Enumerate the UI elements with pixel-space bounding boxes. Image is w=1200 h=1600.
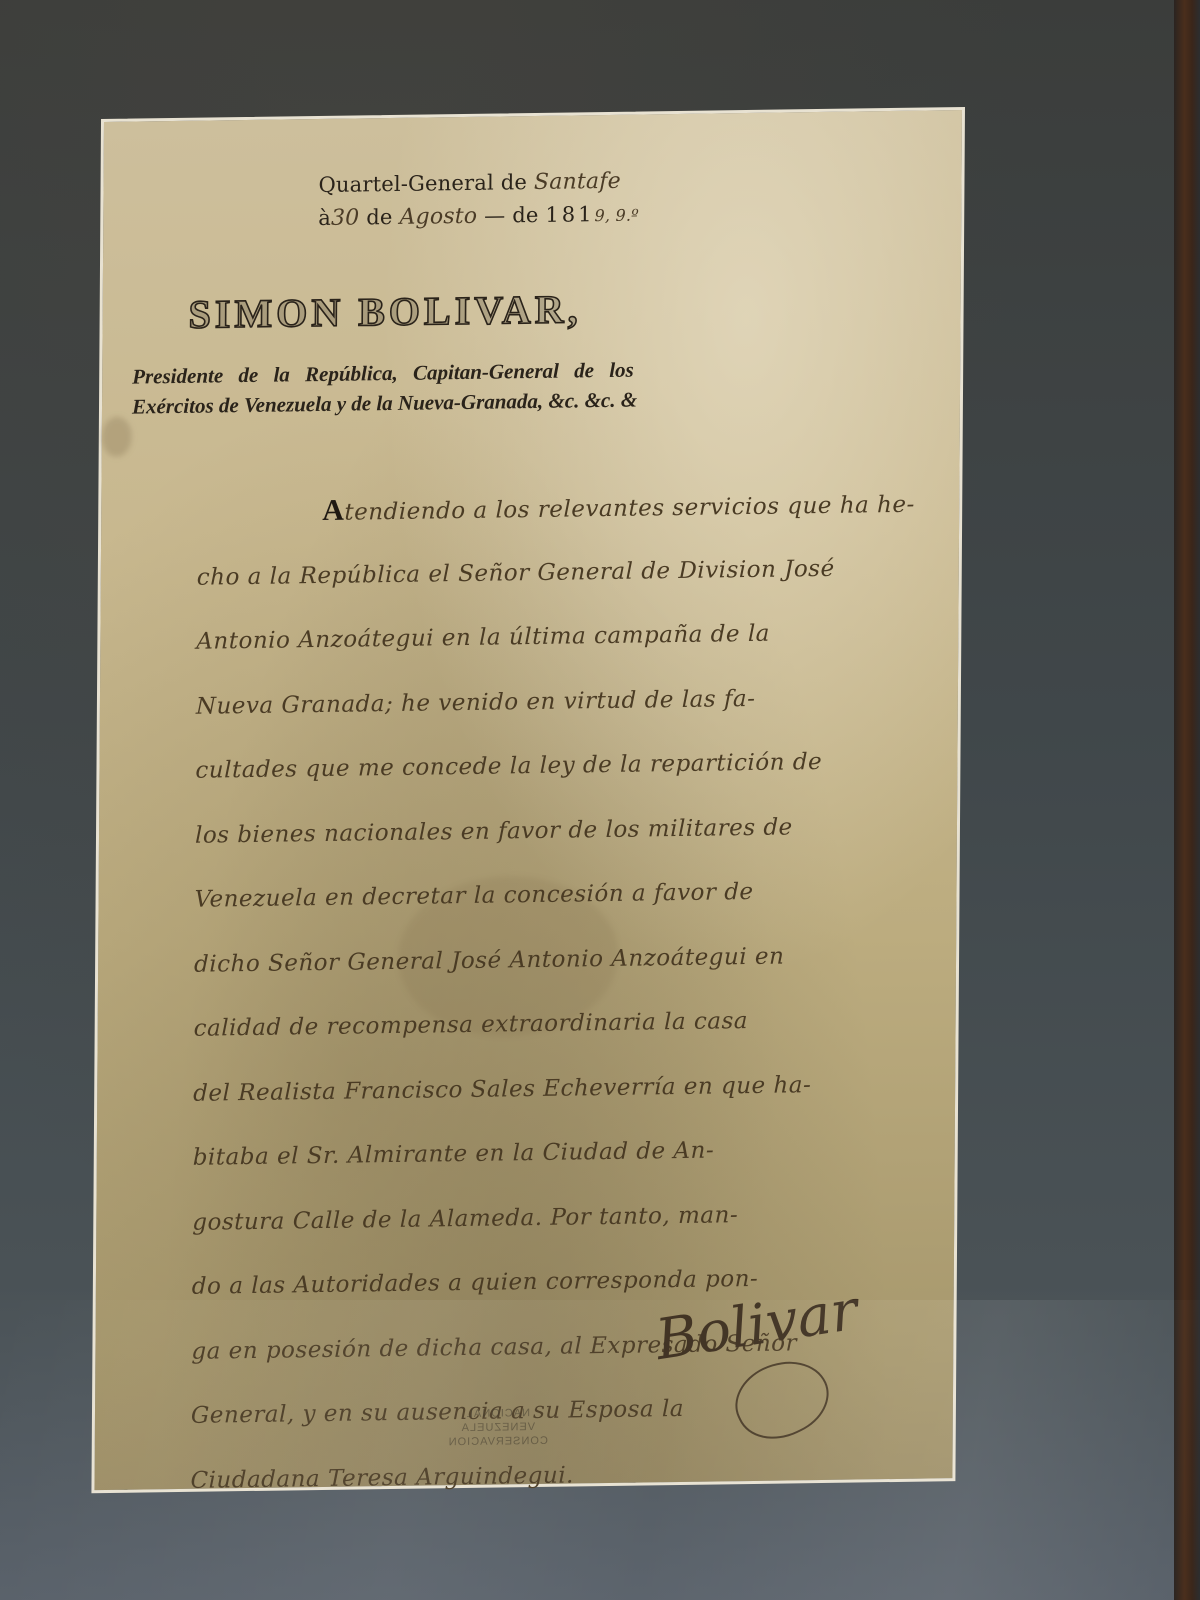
document-header: Quartel-General de Santafe à30 de Agosto… — [318, 165, 639, 236]
body-line: gostura Calle de la Alameda. Por tanto, … — [192, 1180, 932, 1255]
printed-place-label: Quartel-General de — [318, 170, 527, 197]
date-de-1: de — [366, 205, 392, 229]
body-line: del Realista Francisco Sales Echeverría … — [193, 1051, 933, 1126]
body-line: cho a la República el Señor General de D… — [197, 535, 937, 610]
body-line: cultades que me concede la ley de la rep… — [195, 728, 935, 803]
header-date-line: à30 de Agosto — de 1819, 9.º — [318, 198, 639, 236]
glass-reflection — [0, 1300, 1200, 1600]
header-place-line: Quartel-General de Santafe — [318, 165, 639, 202]
body-line: los bienes nacionales en favor de los mi… — [195, 793, 935, 868]
body-line: Nueva Granada; he venido en virtud de la… — [196, 664, 936, 739]
body-line: Antonio Anzoátegui en la última campaña … — [196, 599, 936, 674]
body-line: bitaba el Sr. Almirante en la Ciudad de … — [193, 1115, 933, 1190]
handwritten-year-suffix: 9, 9.º — [594, 206, 638, 226]
body-line: dicho Señor General José Antonio Anzoáte… — [194, 922, 934, 997]
date-de-2: de — [512, 203, 538, 227]
historical-document: Quartel-General de Santafe à30 de Agosto… — [94, 110, 962, 1490]
printed-year: 181 — [545, 202, 594, 227]
body-line: Atendiendo a los relevantes servicios qu… — [197, 470, 937, 545]
body-line: Venezuela en decretar la concesión a fav… — [194, 857, 934, 932]
document-title: SIMON BOLIVAR, — [188, 285, 581, 337]
paper-stain — [102, 417, 132, 457]
date-dash: — — [484, 203, 505, 227]
handwritten-day: 30 — [331, 205, 360, 230]
handwritten-place: Santafe — [534, 169, 621, 195]
document-subtitle: Presidente de la República, Capitan-Gene… — [132, 353, 782, 422]
date-prefix: à — [318, 206, 331, 230]
handwritten-month: Agosto — [399, 204, 477, 230]
drop-cap: A — [322, 494, 344, 527]
body-line: calidad de recompensa extraordinaria la … — [193, 986, 933, 1061]
